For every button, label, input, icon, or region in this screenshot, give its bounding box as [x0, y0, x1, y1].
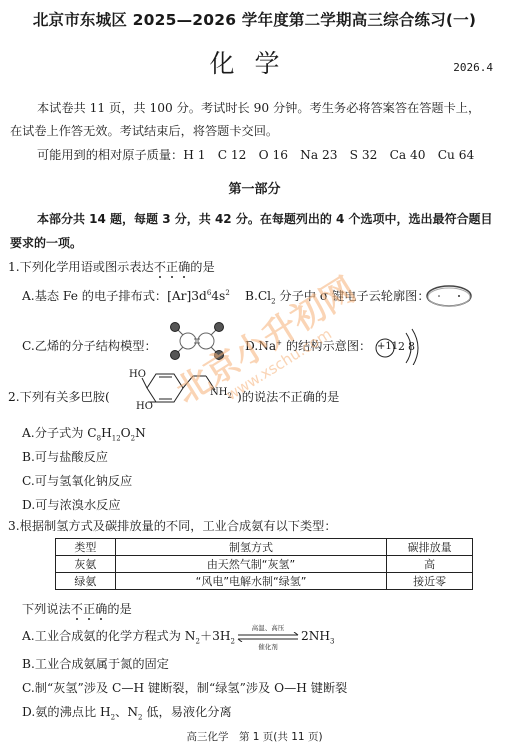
- section-title: 第一部分: [0, 178, 509, 197]
- question-3-option-b: B.工业合成氨属于氮的固定: [22, 655, 169, 672]
- reversible-arrow: 高温、高压 催化剂: [236, 632, 300, 642]
- question-1-option-c: C.乙烯的分子结构模型：: [22, 337, 157, 354]
- question-2-stem-before: 2.下列有关多巴胺(: [8, 388, 110, 405]
- page-footer: 高三化学 第 1 页(共 11 页): [0, 729, 509, 744]
- exam-date: 2026.4: [453, 61, 493, 74]
- question-3-option-d: D.氨的沸点比 H2、N2 低，易液化分离: [22, 703, 232, 721]
- dopamine-structure: HO HO NH2: [126, 366, 236, 416]
- atomic-masses-values: H 1 C 12 O 16 Na 23 S 32 Ca 40 Cu 64: [183, 148, 474, 162]
- question-2-option-a: A.分子式为 C8H12O2N: [22, 424, 146, 442]
- table-row: 绿氨 “风电”电解水制“绿氢” 接近零: [56, 573, 473, 590]
- atomic-masses: 可能用到的相对原子质量：H 1 C 12 O 16 Na 23 S 32 Ca …: [37, 146, 474, 163]
- subject-title: 化学: [0, 44, 509, 80]
- question-2-stem-after: )的说法不正确的是: [237, 388, 339, 405]
- instructions-line-2: 在试卷上作答无效。考试结束后，将答题卡交回。: [10, 122, 278, 139]
- section-desc-line-2: 要求的一项。: [10, 234, 82, 251]
- table-row: 灰氨 由天然气制“灰氢” 高: [56, 556, 473, 573]
- sigma-bond-orbital-icon: [425, 283, 473, 309]
- question-3-option-c: C.制“灰氢”涉及 C—H 键断裂，制“绿氢”涉及 O—H 键断裂: [22, 679, 347, 696]
- exam-title: 北京市东城区 2025—2026 学年度第二学期高三综合练习(一): [0, 8, 509, 30]
- ammonia-types-table: 类型 制氢方式 碳排放量 灰氨 由天然气制“灰氢” 高 绿氨 “风电”电解水制“…: [55, 538, 473, 590]
- ethylene-model-icon: [166, 320, 228, 362]
- question-2-option-d: D.可与浓溴水反应: [22, 496, 121, 513]
- question-1-option-a: A.基态 Fe 的电子排布式：[Ar]3d64s2: [22, 287, 230, 304]
- reversible-arrow-icon: [236, 632, 300, 642]
- instructions-line-1: 本试卷共 11 页，共 100 分。考试时长 90 分钟。考生务必将答案答在答题…: [37, 99, 480, 116]
- table-header-row: 类型 制氢方式 碳排放量: [56, 539, 473, 556]
- question-3-option-a: A.工业合成氨的化学方程式为 N2＋3H2 高温、高压 催化剂 2NH3: [22, 627, 335, 645]
- question-2-option-b: B.可与盐酸反应: [22, 448, 108, 465]
- question-1-stem: 1.下列化学用语或图示表达不正确的是: [8, 258, 215, 275]
- question-3-stem: 3.根据制氢方式及碳排放量的不同，工业合成氨有以下类型：: [8, 517, 337, 534]
- question-1-option-d: D.Na+ 的结构示意图：: [245, 337, 371, 354]
- atomic-masses-label: 可能用到的相对原子质量：: [37, 148, 183, 162]
- question-2-option-c: C.可与氢氧化钠反应: [22, 472, 132, 489]
- question-1-option-b: B.Cl2 分子中 σ 键电子云轮廓图：: [245, 287, 430, 305]
- question-3-sub-stem: 下列说法不正确的是: [22, 600, 132, 617]
- section-desc-line-1: 本部分共 14 题，每题 3 分，共 42 分。在每题列出的 4 个选项中，选出…: [37, 210, 493, 227]
- sodium-ion-structure-diagram: +11 2 8: [374, 327, 434, 365]
